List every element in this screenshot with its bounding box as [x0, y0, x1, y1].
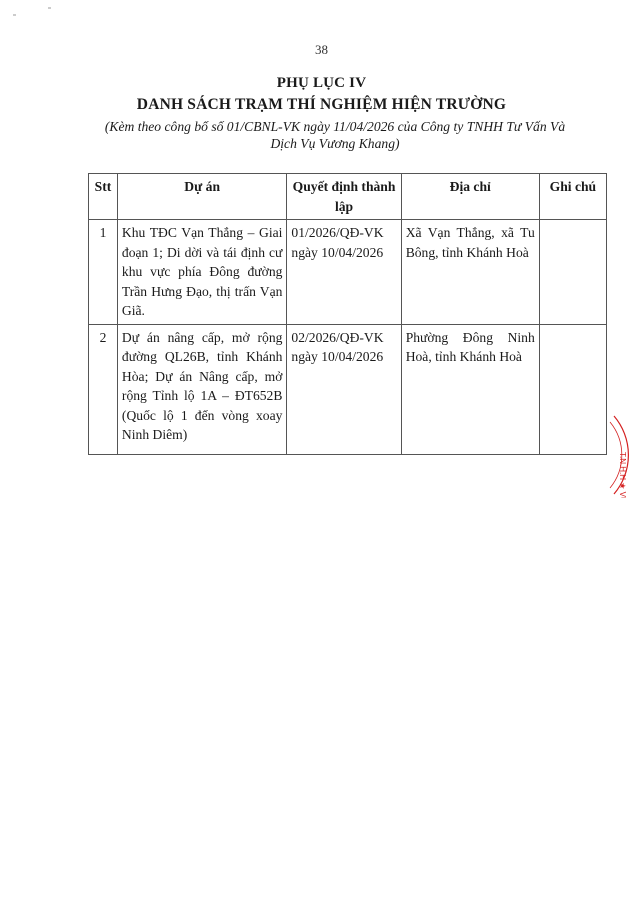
appendix-title: PHỤ LỤC IV — [0, 75, 643, 92]
stations-table: Stt Dự án Quyết định thành lập Địa chỉ G… — [88, 173, 607, 455]
table-header-row: Stt Dự án Quyết định thành lập Địa chỉ G… — [89, 174, 607, 220]
header-stt: Stt — [89, 174, 118, 220]
header-address: Địa chỉ — [401, 174, 539, 220]
cell-address: Xã Vạn Thắng, xã Tu Bông, tỉnh Khánh Hoà — [401, 220, 539, 325]
scan-speck — [13, 14, 16, 16]
stamp-text: T.N.H.H ★ VƯ — [618, 452, 627, 498]
cell-stt: 1 — [89, 220, 118, 325]
cell-stt: 2 — [89, 324, 118, 454]
company-stamp-icon: T.N.H.H ★ VƯ — [606, 412, 640, 498]
cell-project: Khu TĐC Vạn Thắng – Giai đoạn 1; Di dời … — [117, 220, 287, 325]
cell-note — [539, 220, 606, 325]
cell-address: Phường Đông Ninh Hoà, tỉnh Khánh Hoà — [401, 324, 539, 454]
document-title: DANH SÁCH TRẠM THÍ NGHIỆM HIỆN TRƯỜNG — [0, 96, 643, 114]
document-subtitle: (Kèm theo công bố số 01/CBNL-VK ngày 11/… — [100, 118, 570, 152]
cell-decision: 01/2026/QĐ-VK ngày 10/04/2026 — [287, 220, 401, 325]
table-row: 1 Khu TĐC Vạn Thắng – Giai đoạn 1; Di dờ… — [89, 220, 607, 325]
page-number: 38 — [0, 42, 643, 58]
scan-speck — [48, 7, 51, 9]
header-decision: Quyết định thành lập — [287, 174, 401, 220]
cell-decision: 02/2026/QĐ-VK ngày 10/04/2026 — [287, 324, 401, 454]
header-note: Ghi chú — [539, 174, 606, 220]
header-project: Dự án — [117, 174, 287, 220]
cell-project: Dự án nâng cấp, mở rộng đường QL26B, tỉn… — [117, 324, 287, 454]
cell-note — [539, 324, 606, 454]
table-row: 2 Dự án nâng cấp, mở rộng đường QL26B, t… — [89, 324, 607, 454]
